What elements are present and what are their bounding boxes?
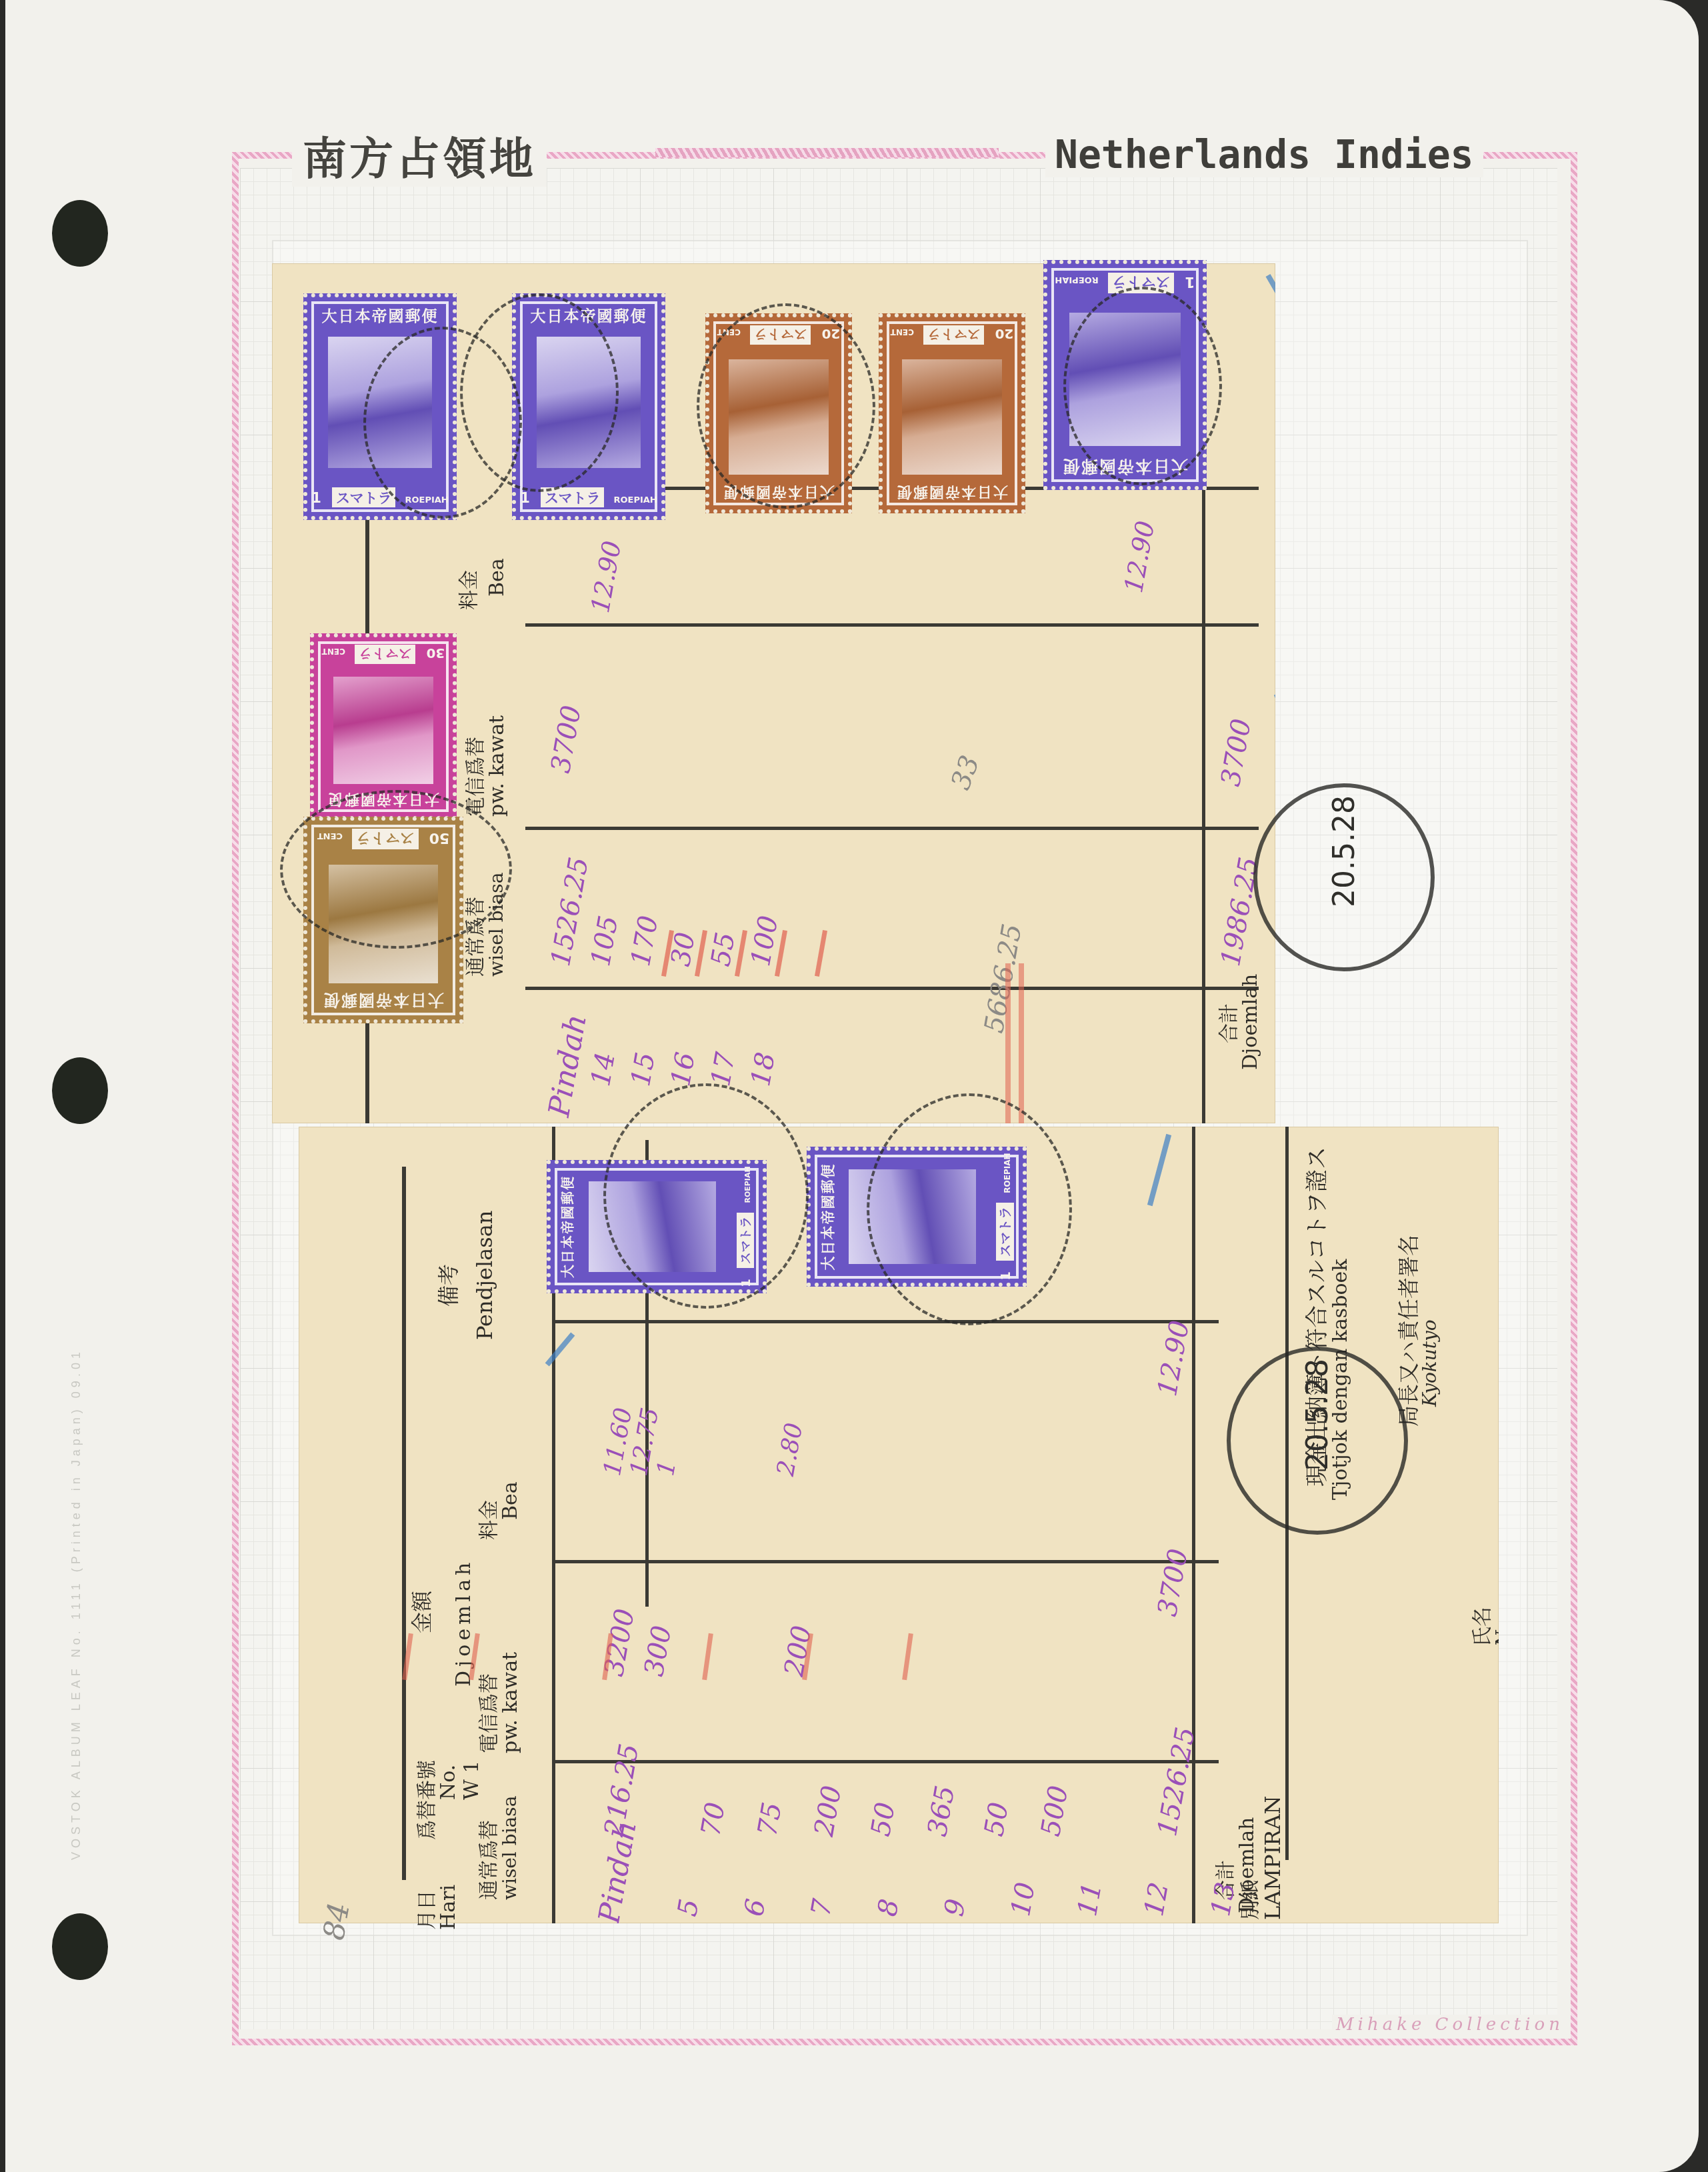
binder-hole [52,1913,108,1980]
stamp-inscription: 大日本帝國郵便 [307,990,459,1013]
handwritten-wisel-biasa: 105 [585,913,625,969]
red-tick [702,1633,713,1680]
stamp-unit: CENT [891,327,914,337]
handwritten-fee: 12.90 [585,539,627,615]
name-label-id: Nama [1492,1591,1499,1647]
handwritten-total-fee: 12.90 [1152,1318,1195,1399]
postmark-date: 20.5.28 [1327,795,1361,907]
stamp-value: 1 [311,490,321,506]
signature-note-id: Kyokutyo [1419,1319,1441,1407]
handwritten-number: 14 [585,1050,621,1089]
header-number-w: W 1 [460,1761,483,1800]
album-imprint: VOSTOK ALBUM LEAF No. 1111 (Printed in J… [69,1348,83,1860]
stamp-inscription: 大日本帝國郵便 [817,1151,837,1283]
stamp-20-cent: 大日本帝國郵便20スマトラCENT [879,313,1025,513]
page-title-japanese: 南方占領地 [292,123,547,187]
fee-rule [525,623,1259,627]
total-label-jp: 合計 [1212,1003,1241,1043]
header-number-id: No. [437,1765,460,1800]
kawat-rule [525,827,1259,830]
stamp-vignette [902,359,1002,475]
handwritten-number: 18 [745,1050,781,1089]
handwritten-wisel-biasa: 500 [1035,1783,1075,1839]
handwritten-wisel-biasa: 365 [922,1783,961,1839]
header-remarks-id: Pendjelasan [472,1211,497,1340]
stamp-country: スマトラ [923,325,985,345]
remarks-rule [552,1320,1219,1323]
stamp-unit: ROEPIAH [1055,275,1098,285]
name-label-jp: 氏名 [1465,1607,1495,1647]
header-date-jp: 月日 [410,1890,439,1930]
header-amount-jp: 金額 [405,1591,436,1633]
page-title-english: Netherlands Indies [1045,132,1483,177]
stamp-value: 20 [995,326,1014,342]
postmark-cancel [603,1083,809,1309]
handwritten-wisel-biasa: 55 [705,930,741,969]
blue-check [1274,693,1275,773]
header-remarks-jp: 備考 [432,1264,463,1307]
handwritten-wisel-biasa: 200 [809,1783,848,1839]
header-fee-id: Bea [499,1481,522,1520]
handwritten-wisel-biasa: 50 [979,1800,1015,1839]
postmark-lampiran-lower: 20.5.28 [1227,1347,1408,1535]
stamp-inscription: 大日本帝國郵便 [307,304,453,326]
red-stroke [1019,963,1024,1123]
stamp-value: 1 [520,490,530,506]
header-fee-id: Bea [485,558,509,597]
handwritten-wisel-biasa: 50 [865,1800,901,1839]
binder-hole [52,1057,108,1124]
red-stroke [1005,963,1011,1123]
stamp-vignette [333,677,433,784]
stamp-unit: ROEPIAH [613,495,657,505]
postmark-date: 20.5.28 [1301,1359,1335,1471]
header-biasa-id: wisel biasa [499,1796,521,1900]
handwritten-wisel-biasa: 70 [695,1800,731,1839]
handwritten-number: 16 [665,1050,701,1089]
header-kawat-id: pw. kawat [499,1652,522,1753]
stamp-value: 1 [1185,273,1195,290]
handwritten-pw-kawat: 300 [639,1623,678,1679]
handwritten-date: Pindah [542,1012,593,1119]
postmark-cancel [460,293,619,492]
header-date-id: Hari [437,1885,460,1930]
handwritten-pw-kawat: 3700 [545,703,587,775]
red-tick [815,930,827,977]
stamp-unit: CENT [322,647,345,656]
handwritten-wisel-biasa: 170 [625,913,665,969]
title-rule [655,148,999,157]
postmark-cancel [1063,287,1222,485]
handwritten-number: 8 [872,1897,905,1919]
postmark-cancel [280,790,512,949]
total-divider [1192,1127,1195,1923]
handwritten-total-fee: 12.90 [1119,519,1160,595]
header-fee-jp: 料金 [452,570,481,610]
handwritten-number: 7 [805,1897,839,1919]
handwritten-number: 6 [739,1897,772,1919]
binder-hole [52,200,108,267]
handwritten-number: 12 [1139,1880,1175,1919]
total-divider [1202,487,1205,1123]
pencil-note: 33 [945,751,986,794]
postmark-lampiran-upper: 20.5.28 [1253,783,1435,971]
red-tick [902,1633,913,1680]
stamp-denomination: 20スマトラCENT [883,325,1021,345]
blue-check [1266,274,1275,346]
pencil-corner-note: 84 [317,1900,357,1943]
stamp-country: スマトラ [355,645,416,664]
postmark-cancel [867,1093,1072,1325]
handwritten-number: 5 [672,1897,705,1919]
header-kawat-jp: 電信爲替 [472,1673,501,1753]
handwritten-fee: 2.80 [772,1421,808,1478]
kawat-rule [552,1760,1219,1763]
handwritten-total-kawat: 3700 [1152,1547,1194,1619]
handwritten-number: 11 [1072,1880,1108,1919]
fee-rule [552,1560,1219,1563]
header-fee-jp: 料金 [472,1500,501,1540]
stamp-inscription: 大日本帝國郵便 [557,1164,577,1289]
handwritten-wisel-biasa: 75 [752,1800,788,1839]
stamp-inscription: 大日本帝國郵便 [883,483,1021,503]
album-leaf: VOSTOK ALBUM LEAF No. 1111 (Printed in J… [5,0,1699,2172]
attachment-label-id: LAMPIRAN [1260,1796,1285,1921]
handwritten-fee: 1 [652,1458,681,1478]
header-kawat-id: pw. kawat [485,715,509,817]
total-label-id: Djoemlah [1239,974,1262,1070]
stamp-value: 30 [427,645,445,661]
stamp-denomination: 30スマトラCENT [314,645,453,664]
handwritten-pw-kawat: 200 [779,1623,818,1679]
header-biasa-jp: 通常爲替 [472,1820,501,1900]
collection-signature: Mihake Collection [1332,2015,1568,2035]
handwritten-number: 15 [625,1050,661,1089]
postmark-cancel [697,303,875,509]
handwritten-number: 9 [939,1897,972,1919]
attachment-label-jp: 別紙 [1233,1880,1263,1920]
form-border-left [402,1167,406,1880]
handwritten-total-kawat: 3700 [1215,717,1257,789]
handwritten-number: 10 [1005,1880,1041,1919]
biasa-rule [525,987,1259,990]
header-number-jp: 爲替番號 [410,1760,439,1840]
